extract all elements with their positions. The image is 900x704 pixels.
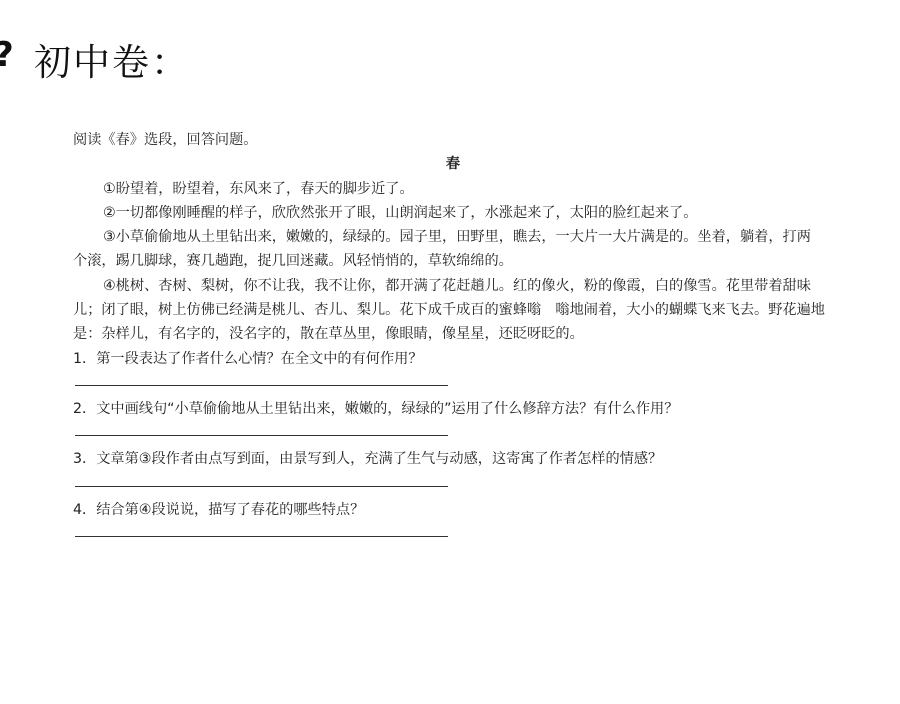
answer-blank-3[interactable]	[73, 472, 833, 498]
answer-blank-4[interactable]	[73, 522, 833, 548]
section-title: 初中卷：	[34, 44, 190, 81]
question-1: 1．第一段表达了作者什么心情？在全文中的有何作用？	[73, 347, 833, 371]
passage-paragraph-4: ④桃树、杏树、梨树，你不让我，我不让你，都开满了花赶趟儿。红的像火，粉的像霞，白…	[73, 274, 825, 347]
question-4: 4．结合第④段说说，描写了春花的哪些特点？	[73, 498, 833, 522]
answer-blank-2[interactable]	[73, 421, 833, 447]
question-2: 2．文中画线句“小草偷偷地从土里钻出来，嫩嫩的，绿绿的”运用了什么修辞方法？有什…	[73, 397, 833, 421]
passage-paragraph-1: ①盼望着，盼望着，东风来了，春天的脚步近了。	[73, 177, 825, 201]
question-3: 3．文章第③段作者由点写到面，由景写到人，充满了生气与动感，这寄寓了作者怎样的情…	[73, 447, 833, 471]
page-edge-mark: ?	[0, 38, 14, 72]
passage-paragraph-2: ②一切都像刚睡醒的样子，欣欣然张开了眼，山朗润起来了，水涨起来了，太阳的脸红起来…	[73, 201, 825, 225]
instruction-text: 阅读《春》选段，回答问题。	[73, 128, 833, 152]
answer-blank-1[interactable]	[73, 371, 833, 397]
passage-paragraph-3: ③小草偷偷地从土里钻出来，嫩嫩的，绿绿的。园子里，田野里，瞧去，一大片一大片满是…	[73, 225, 825, 274]
reading-comprehension-document: 阅读《春》选段，回答问题。 春 ①盼望着，盼望着，东风来了，春天的脚步近了。 ②…	[73, 128, 833, 548]
passage-title: 春	[73, 152, 833, 176]
